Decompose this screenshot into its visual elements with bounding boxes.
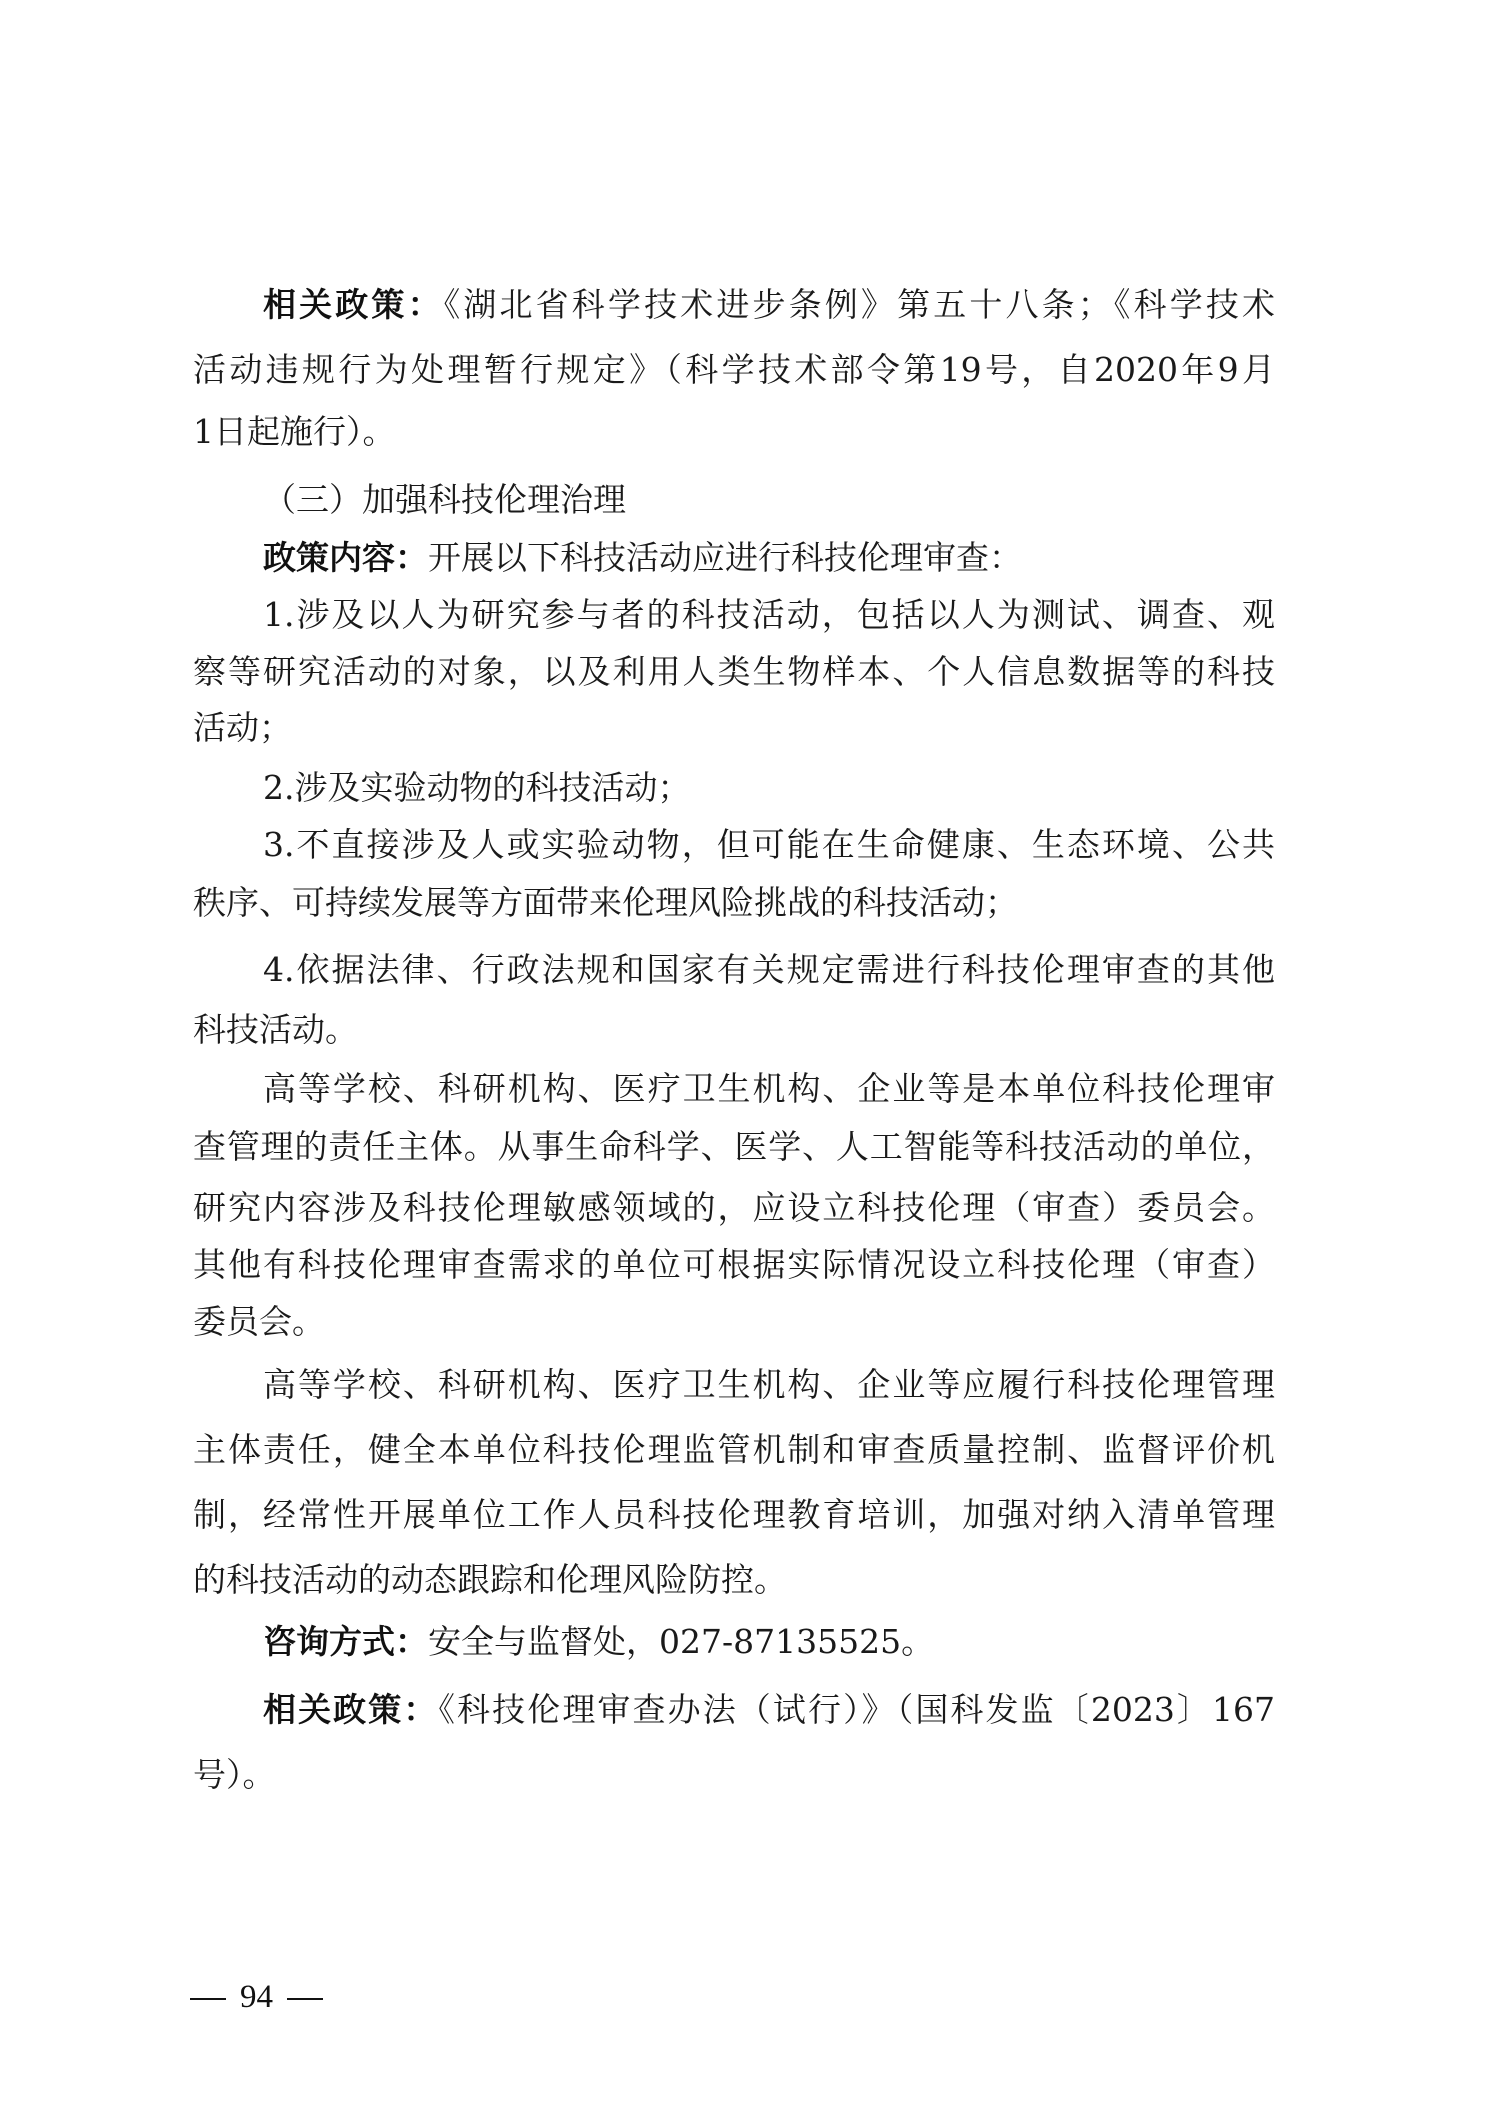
paragraph-a-line-4: 其他有科技伦理审查需求的单位可根据实际情况设立科技伦理（审查） [193,1243,1275,1287]
related-policy-2-line-2: 号）。 [193,1753,1275,1797]
page-number-value: 94 [240,1975,273,2019]
paragraph-a-line-5: 委员会。 [193,1300,1275,1344]
page-number: 94 [190,1975,323,2019]
consultation-line: 咨询方式：安全与监督处，027-87135525。 [263,1620,1275,1664]
related-policy-2-text: 《科技伦理审查办法（试行）》（国科发监〔2023〕167 [438,1690,1275,1729]
list-item-1-line-1: 1.涉及以人为研究参与者的科技活动，包括以人为测试、调查、观 [263,593,1275,637]
list-item-3-line-2: 秩序、可持续发展等方面带来伦理风险挑战的科技活动； [193,881,1275,925]
paragraph-a-line-2: 查管理的责任主体。从事生命科学、医学、人工智能等科技活动的单位， [193,1125,1275,1169]
paragraph-b-line-2: 主体责任，健全本单位科技伦理监管机制和审查质量控制、监督评价机 [193,1428,1275,1472]
policy-content-label: 政策内容： [263,538,428,577]
list-item-1-line-3: 活动； [193,706,1275,750]
related-policy-2-line-1: 相关政策：《科技伦理审查办法（试行）》（国科发监〔2023〕167 [263,1688,1275,1732]
list-item-1-line-2: 察等研究活动的对象，以及利用人类生物样本、个人信息数据等的科技 [193,650,1275,694]
list-item-2: 2.涉及实验动物的科技活动； [263,766,1275,810]
consultation-label: 咨询方式： [263,1622,428,1661]
list-item-4-line-2: 科技活动。 [193,1008,1275,1052]
paragraph-b-line-4: 的科技活动的动态跟踪和伦理风险防控。 [193,1558,1275,1602]
page-number-dash-left [190,1998,226,2000]
list-item-4-line-1: 4.依据法律、行政法规和国家有关规定需进行科技伦理审查的其他 [263,948,1275,992]
section-heading: （三）加强科技伦理治理 [263,478,1275,522]
paragraph-a-line-1: 高等学校、科研机构、医疗卫生机构、企业等是本单位科技伦理审 [263,1067,1275,1111]
related-policy-line-2: 活动违规行为处理暂行规定》（科学技术部令第19号，自2020年9月 [193,348,1275,392]
paragraph-b-line-3: 制，经常性开展单位工作人员科技伦理教育培训，加强对纳入清单管理 [193,1493,1275,1537]
paragraph-b-line-1: 高等学校、科研机构、医疗卫生机构、企业等应履行科技伦理管理 [263,1363,1275,1407]
policy-content-intro: 开展以下科技活动应进行科技伦理审查： [428,538,1022,577]
related-policy-text: 《湖北省科学技术进步条例》第五十八条；《科学技术 [444,285,1275,324]
document-page: 相关政策：《湖北省科学技术进步条例》第五十八条；《科学技术 活动违规行为处理暂行… [0,0,1486,2103]
list-item-3-line-1: 3.不直接涉及人或实验动物，但可能在生命健康、生态环境、公共 [263,823,1275,867]
policy-content-line: 政策内容：开展以下科技活动应进行科技伦理审查： [263,536,1275,580]
paragraph-a-line-3: 研究内容涉及科技伦理敏感领域的，应设立科技伦理（审查）委员会。 [193,1186,1275,1230]
page-number-dash-right [287,1998,323,2000]
related-policy-label: 相关政策： [263,285,444,324]
consultation-text: 安全与监督处，027-87135525。 [428,1622,934,1661]
related-policy-line-3: 1日起施行）。 [193,410,1275,454]
related-policy-2-label: 相关政策： [263,1690,438,1729]
related-policy-line-1: 相关政策：《湖北省科学技术进步条例》第五十八条；《科学技术 [263,283,1275,327]
